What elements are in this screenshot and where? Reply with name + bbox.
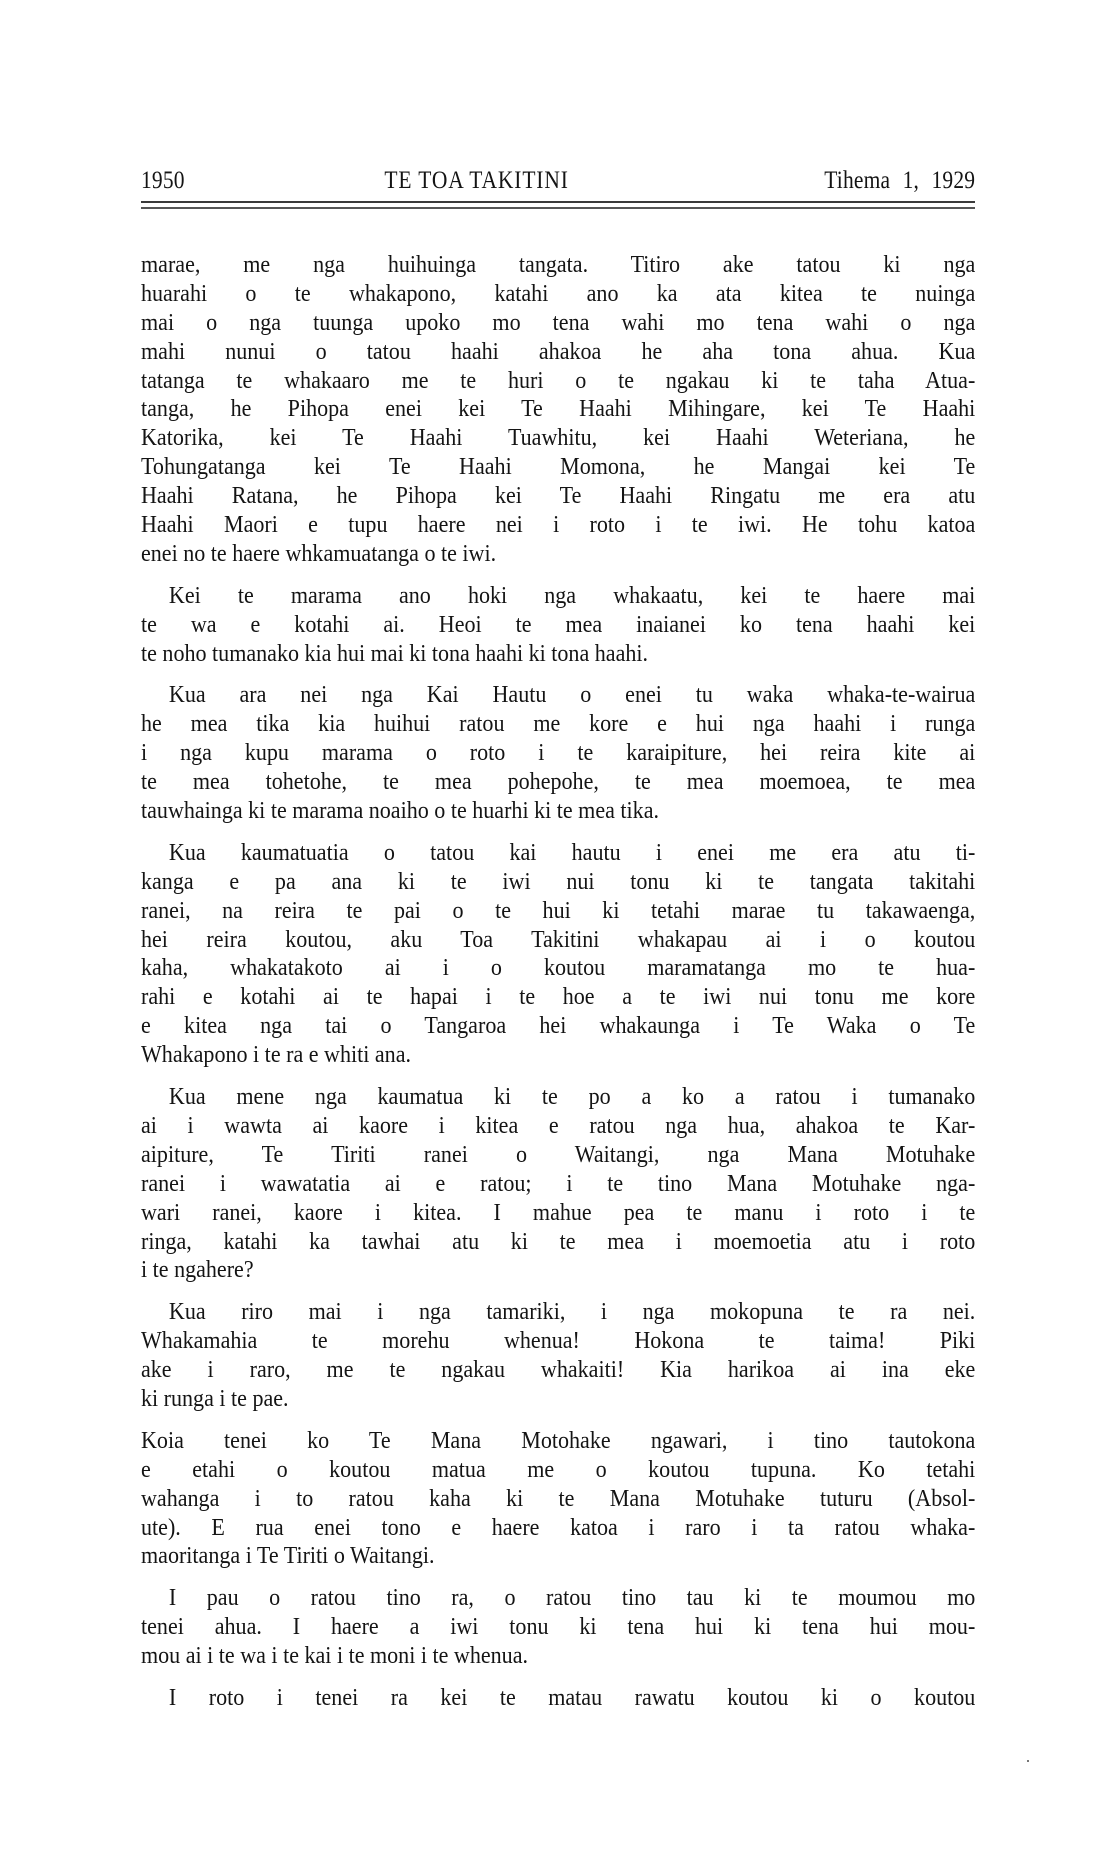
- text-line: Tohungatanga kei Te Haahi Momona, he Man…: [141, 453, 975, 482]
- text-line: ute). E rua enei tono e haere katoa i ra…: [141, 1514, 975, 1543]
- text-line: Kua riro mai i nga tamariki, i nga mokop…: [141, 1298, 975, 1327]
- paragraph: Kua mene nga kaumatua ki te po a ko a ra…: [141, 1083, 975, 1285]
- header-rule-bottom: [141, 207, 975, 209]
- text-line: huarahi o te whakapono, katahi ano ka at…: [141, 280, 975, 309]
- text-line: kaha, whakatakoto ai i o koutou maramata…: [141, 954, 975, 983]
- page-number: 1950: [141, 166, 185, 196]
- text-line: maoritanga i Te Tiriti o Waitangi.: [141, 1542, 975, 1571]
- text-line: ake i raro, me te ngakau whakaiti! Kia h…: [141, 1356, 975, 1385]
- text-line: wari ranei, kaore i kitea. I mahue pea t…: [141, 1199, 975, 1228]
- publication-title: TE TOA TAKITINI: [384, 166, 568, 196]
- text-line: Haahi Ratana, he Pihopa kei Te Haahi Rin…: [141, 482, 975, 511]
- text-line: mai o nga tuunga upoko mo tena wahi mo t…: [141, 309, 975, 338]
- text-line: Kei te marama ano hoki nga whakaatu, kei…: [141, 582, 975, 611]
- text-line: ki runga i te pae.: [141, 1385, 975, 1414]
- text-line: ringa, katahi ka tawhai atu ki te mea i …: [141, 1228, 975, 1257]
- header-rule-top: [141, 201, 975, 203]
- paragraph: Kua riro mai i nga tamariki, i nga mokop…: [141, 1298, 975, 1414]
- paragraph: marae, me nga huihuinga tangata. Titiro …: [141, 251, 975, 569]
- text-line: marae, me nga huihuinga tangata. Titiro …: [141, 251, 975, 280]
- text-line: Kua kaumatuatia o tatou kai hautu i enei…: [141, 839, 975, 868]
- text-line: te noho tumanako kia hui mai ki tona haa…: [141, 640, 975, 669]
- text-line: Kua mene nga kaumatua ki te po a ko a ra…: [141, 1083, 975, 1112]
- text-line: aipiture, Te Tiriti ranei o Waitangi, ng…: [141, 1141, 975, 1170]
- paragraph: Kua kaumatuatia o tatou kai hautu i enei…: [141, 839, 975, 1070]
- paragraph: Kua ara nei nga Kai Hautu o enei tu waka…: [141, 681, 975, 825]
- text-line: ai i wawta ai kaore i kitea e ratou nga …: [141, 1112, 975, 1141]
- text-line: e kitea nga tai o Tangaroa hei whakaunga…: [141, 1012, 975, 1041]
- text-line: rahi e kotahi ai te hapai i te hoe a te …: [141, 983, 975, 1012]
- text-line: Katorika, kei Te Haahi Tuawhitu, kei Haa…: [141, 424, 975, 453]
- text-line: wahanga i to ratou kaha ki te Mana Motuh…: [141, 1485, 975, 1514]
- text-line: i nga kupu marama o roto i te karaipitur…: [141, 739, 975, 768]
- text-line: tanga, he Pihopa enei kei Te Haahi Mihin…: [141, 395, 975, 424]
- text-line: te mea tohetohe, te mea pohepohe, te mea…: [141, 768, 975, 797]
- text-line: mou ai i te wa i te kai i te moni i te w…: [141, 1642, 975, 1671]
- print-speck: [1027, 1760, 1029, 1762]
- text-line: tauwhainga ki te marama noaiho o te huar…: [141, 797, 975, 826]
- running-head: 1950 TE TOA TAKITINI Tihema 1, 1929: [141, 166, 975, 196]
- paragraph: I roto i tenei ra kei te matau rawatu ko…: [141, 1684, 975, 1713]
- text-line: tenei ahua. I haere a iwi tonu ki tena h…: [141, 1613, 975, 1642]
- text-line: hei reira koutou, aku Toa Takitini whaka…: [141, 926, 975, 955]
- text-line: mahi nunui o tatou haahi ahakoa he aha t…: [141, 338, 975, 367]
- text-line: kanga e pa ana ki te iwi nui tonu ki te …: [141, 868, 975, 897]
- text-line: Whakapono i te ra e whiti ana.: [141, 1041, 975, 1070]
- text-line: I roto i tenei ra kei te matau rawatu ko…: [141, 1684, 975, 1713]
- text-line: ranei i wawatatia ai e ratou; i te tino …: [141, 1170, 975, 1199]
- text-line: enei no te haere whkamuatanga o te iwi.: [141, 540, 975, 569]
- text-line: i te ngahere?: [141, 1256, 975, 1285]
- paragraph: Koia tenei ko Te Mana Motohake ngawari, …: [141, 1427, 975, 1571]
- text-line: ranei, na reira te pai o te hui ki tetah…: [141, 897, 975, 926]
- text-line: Kua ara nei nga Kai Hautu o enei tu waka…: [141, 681, 975, 710]
- text-line: Whakamahia te morehu whenua! Hokona te t…: [141, 1327, 975, 1356]
- issue-date: Tihema 1, 1929: [824, 166, 975, 196]
- text-line: he mea tika kia huihui ratou me kore e h…: [141, 710, 975, 739]
- text-line: e etahi o koutou matua me o koutou tupun…: [141, 1456, 975, 1485]
- text-line: te wa e kotahi ai. Heoi te mea inaianei …: [141, 611, 975, 640]
- paragraph: I pau o ratou tino ra, o ratou tino tau …: [141, 1584, 975, 1671]
- text-line: Haahi Maori e tupu haere nei i roto i te…: [141, 511, 975, 540]
- text-line: tatanga te whakaaro me te huri o te ngak…: [141, 367, 975, 396]
- text-line: I pau o ratou tino ra, o ratou tino tau …: [141, 1584, 975, 1613]
- text-line: Koia tenei ko Te Mana Motohake ngawari, …: [141, 1427, 975, 1456]
- paragraph: Kei te marama ano hoki nga whakaatu, kei…: [141, 582, 975, 669]
- article-body: marae, me nga huihuinga tangata. Titiro …: [141, 251, 975, 1726]
